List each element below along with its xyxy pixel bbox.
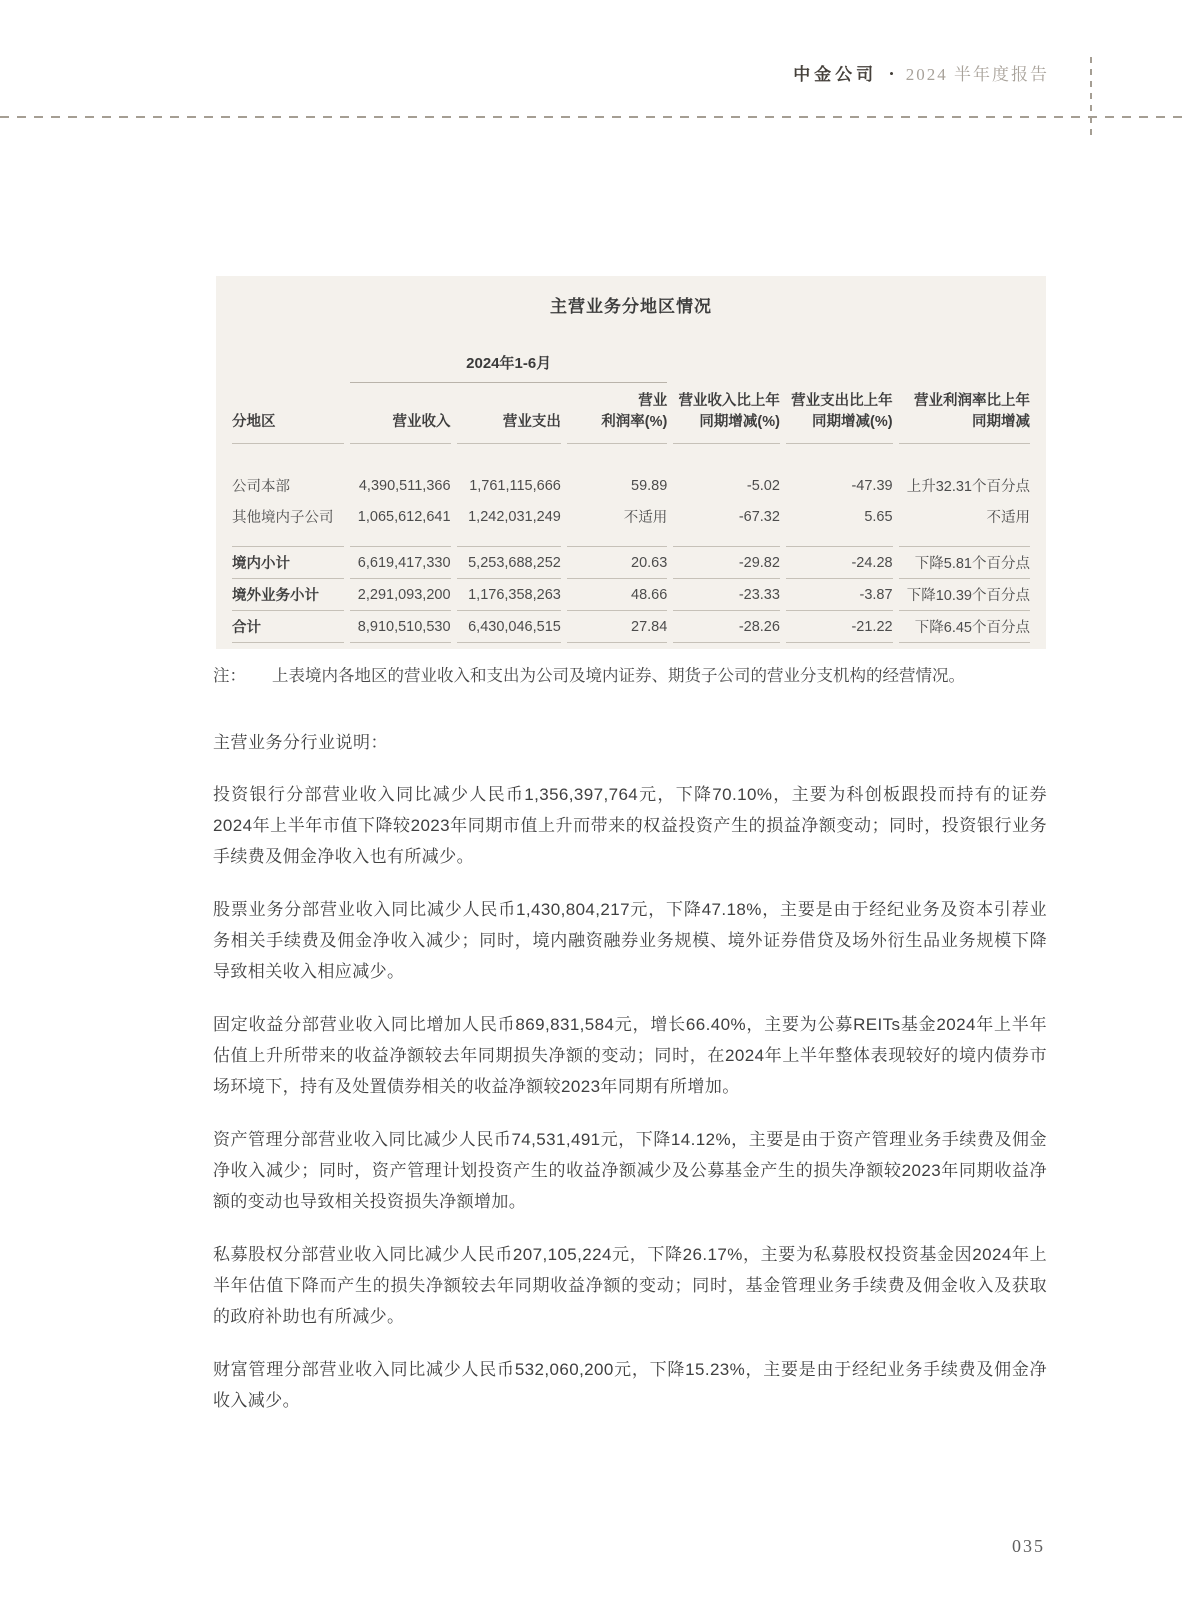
page-number: 035: [1012, 1536, 1045, 1557]
region-table-block: 主营业务分地区情况 2024年1-6月 分地区 营业收入 营业支出 营业 利润率…: [216, 276, 1046, 649]
revenue-value: 6,619,417,330: [350, 546, 450, 578]
margin-value: 48.66: [567, 578, 667, 610]
table-row-domestic-subtotal: 境内小计 6,619,417,330 5,253,688,252 20.63 -…: [232, 546, 1030, 578]
col-header-region: 分地区: [232, 383, 344, 444]
margin-value: 59.89: [567, 470, 667, 501]
row-label: 公司本部: [232, 470, 344, 501]
margin-change-value: 下降6.45个百分点: [899, 610, 1030, 643]
note-prefix: 注：: [213, 667, 246, 685]
revenue-change-value: -67.32: [673, 501, 780, 532]
table-note: 注：上表境内各地区的营业收入和支出为公司及境内证券、期货子公司的营业分支机构的经…: [213, 662, 1047, 691]
region-table: 2024年1-6月 分地区 营业收入 营业支出 营业 利润率(%) 营业收入比上…: [226, 318, 1036, 643]
margin-change-value: 上升32.31个百分点: [899, 470, 1030, 501]
revenue-change-value: -29.82: [673, 546, 780, 578]
segment-description-paragraphs: 投资银行分部营业收入同比减少人民币1,356,397,764元，下降70.10%…: [213, 779, 1047, 1438]
table-row-other-domestic-subsidiaries: 其他境内子公司 1,065,612,641 1,242,031,249 不适用 …: [232, 501, 1030, 532]
revenue-value: 2,291,093,200: [350, 578, 450, 610]
col-header-margin: 营业 利润率(%): [567, 383, 667, 444]
report-title: 2024 半年度报告: [906, 65, 1049, 84]
row-label: 境外业务小计: [232, 578, 344, 610]
note-text: 上表境内各地区的营业收入和支出为公司及境内证券、期货子公司的营业分支机构的经营情…: [272, 667, 965, 685]
paragraph-private-equity: 私募股权分部营业收入同比减少人民币207,105,224元，下降26.17%，主…: [213, 1239, 1047, 1332]
revenue-change-value: -23.33: [673, 578, 780, 610]
margin-value: 20.63: [567, 546, 667, 578]
revenue-value: 4,390,511,366: [350, 470, 450, 501]
col-header-expense-change: 营业支出比上年 同期增减(%): [786, 383, 893, 444]
row-label: 其他境内子公司: [232, 501, 344, 532]
col-header-revenue: 营业收入: [350, 383, 450, 444]
period-header: 2024年1-6月: [350, 318, 667, 383]
paragraph-asset-management: 资产管理分部营业收入同比减少人民币74,531,491元，下降14.12%，主要…: [213, 1124, 1047, 1217]
vertical-dashed-divider: [1090, 57, 1092, 137]
margin-value: 27.84: [567, 610, 667, 643]
expense-change-value: -3.87: [786, 578, 893, 610]
table-header-row: 分地区 营业收入 营业支出 营业 利润率(%) 营业收入比上年 同期增减(%) …: [232, 383, 1030, 444]
table-row-overseas-subtotal: 境外业务小计 2,291,093,200 1,176,358,263 48.66…: [232, 578, 1030, 610]
col-header-revenue-change: 营业收入比上年 同期增减(%): [673, 383, 780, 444]
paragraph-investment-banking: 投资银行分部营业收入同比减少人民币1,356,397,764元，下降70.10%…: [213, 779, 1047, 872]
paragraph-wealth-management: 财富管理分部营业收入同比减少人民币532,060,200元，下降15.23%，主…: [213, 1354, 1047, 1416]
period-row: 2024年1-6月: [232, 318, 1030, 383]
expense-change-value: -47.39: [786, 470, 893, 501]
table-row-company-hq: 公司本部 4,390,511,366 1,761,115,666 59.89 -…: [232, 470, 1030, 501]
expense-value: 1,242,031,249: [457, 501, 561, 532]
bullet-separator: •: [889, 66, 896, 81]
table-row-total: 合计 8,910,510,530 6,430,046,515 27.84 -28…: [232, 610, 1030, 643]
expense-value: 1,176,358,263: [457, 578, 561, 610]
margin-change-value: 下降10.39个百分点: [899, 578, 1030, 610]
paragraph-equities: 股票业务分部营业收入同比减少人民币1,430,804,217元，下降47.18%…: [213, 894, 1047, 987]
revenue-change-value: -5.02: [673, 470, 780, 501]
paragraph-fixed-income: 固定收益分部营业收入同比增加人民币869,831,584元，增长66.40%，主…: [213, 1009, 1047, 1102]
expense-change-value: -21.22: [786, 610, 893, 643]
page-header: 中金公司•2024 半年度报告: [793, 60, 1049, 85]
margin-change-value: 下降5.81个百分点: [899, 546, 1030, 578]
row-label: 境内小计: [232, 546, 344, 578]
expense-change-value: -24.28: [786, 546, 893, 578]
col-header-margin-change: 营业利润率比上年 同期增减: [899, 383, 1030, 444]
company-name: 中金公司: [793, 65, 877, 84]
expense-value: 5,253,688,252: [457, 546, 561, 578]
row-label: 合计: [232, 610, 344, 643]
revenue-change-value: -28.26: [673, 610, 780, 643]
margin-change-value: 不适用: [899, 501, 1030, 532]
table-title: 主营业务分地区情况: [226, 290, 1036, 318]
horizontal-dashed-divider: [0, 116, 1190, 118]
expense-change-value: 5.65: [786, 501, 893, 532]
section-heading: 主营业务分行业说明：: [213, 728, 1047, 753]
margin-value: 不适用: [567, 501, 667, 532]
revenue-value: 8,910,510,530: [350, 610, 450, 643]
expense-value: 1,761,115,666: [457, 470, 561, 501]
expense-value: 6,430,046,515: [457, 610, 561, 643]
col-header-expense: 营业支出: [457, 383, 561, 444]
revenue-value: 1,065,612,641: [350, 501, 450, 532]
